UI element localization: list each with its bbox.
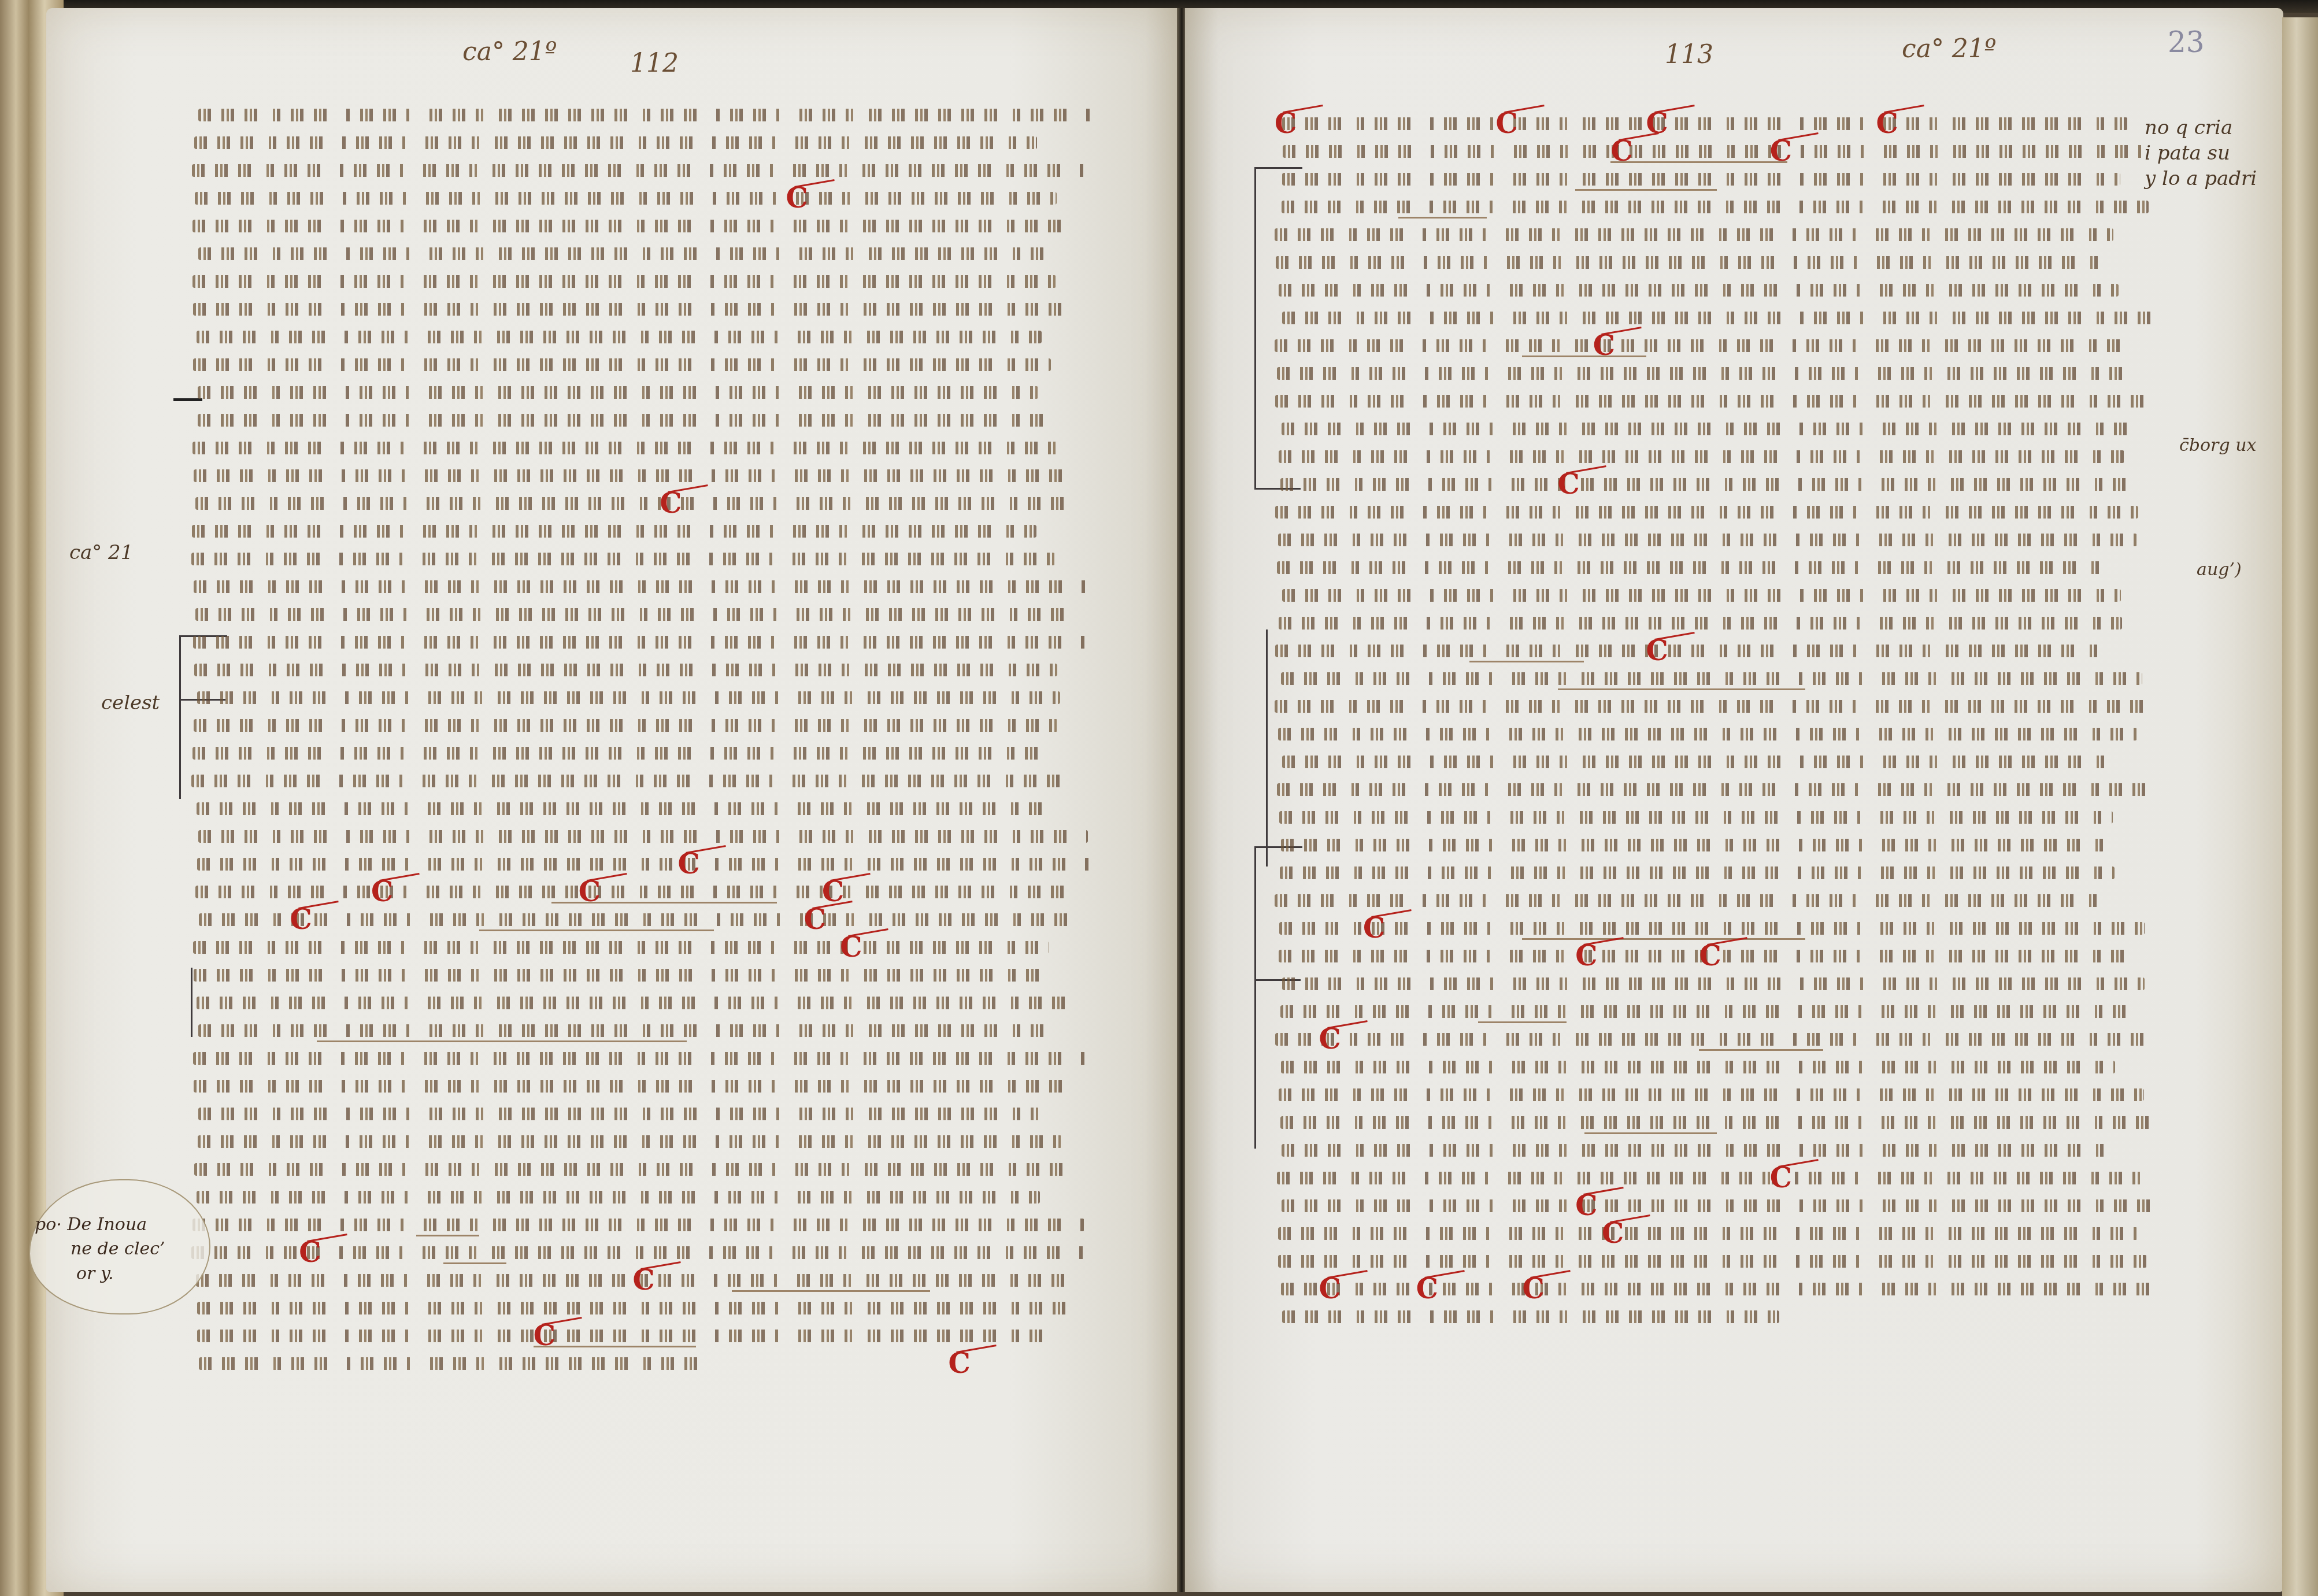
handwritten-text [1279, 922, 2145, 935]
rubric-capitulum-mark: C [1770, 139, 1793, 164]
script-line: C [1275, 1164, 2159, 1191]
handwritten-text [198, 414, 1048, 427]
script-line [191, 156, 1093, 184]
script-line [191, 267, 1093, 295]
handwritten-text [194, 969, 1043, 982]
script-line [1275, 997, 2159, 1025]
margin-note-ciborg: c̄borg ux [2179, 433, 2256, 458]
script-line [191, 517, 1093, 545]
rubric-capitulum-mark: C [660, 491, 683, 516]
handwritten-text [198, 1024, 1050, 1037]
rubric-capitulum-mark: C [677, 852, 701, 876]
handwritten-text [193, 1052, 1092, 1065]
handwritten-text [194, 136, 1038, 149]
script-line [1275, 609, 2159, 636]
script-line [191, 128, 1093, 156]
script-line [1275, 1136, 2159, 1164]
handwritten-text [195, 192, 1057, 205]
handwritten-text [197, 331, 1042, 343]
script-line: CCC [191, 877, 1093, 905]
handwritten-text [193, 636, 1089, 649]
margin-note-no-q-cria: no q cria i pata su y lo a padri [2145, 115, 2278, 191]
script-line [1275, 692, 2159, 720]
handwritten-text [192, 525, 1036, 538]
handwritten-text [198, 386, 1038, 399]
handwritten-text [194, 664, 1057, 676]
script-line [191, 683, 1093, 711]
handwritten-text [1279, 617, 2121, 629]
slip-line-3: or y. [76, 1261, 113, 1287]
margin-note-celest: celest [101, 690, 160, 716]
rubric-capitulum-mark: C [632, 1268, 656, 1293]
script-line [1275, 498, 2159, 525]
handwritten-text [1278, 1255, 2147, 1268]
script-line: C [191, 850, 1093, 877]
handwritten-text [1281, 839, 2105, 851]
script-line: C [191, 933, 1093, 961]
script-line [1275, 192, 2159, 220]
left-folio-number: 112 [630, 49, 679, 78]
handwritten-text [1282, 589, 2121, 602]
script-line [1275, 775, 2159, 803]
handwritten-text [195, 497, 1079, 510]
handwritten-text [1280, 866, 2114, 879]
script-line [191, 961, 1093, 988]
handwritten-text [198, 247, 1045, 260]
left-folio: ca° 21º 112 ca° 21 celest CCCCCCCCCCCCC [46, 8, 1179, 1592]
text-underline [1699, 1049, 1823, 1051]
text-underline [1398, 217, 1487, 219]
handwritten-text [191, 1246, 1091, 1259]
script-line [1275, 858, 2159, 886]
script-line [191, 212, 1093, 239]
script-line [191, 1127, 1093, 1155]
script-line [191, 711, 1093, 739]
text-underline [1610, 161, 1787, 163]
script-line: CCC [1275, 1275, 2159, 1302]
handwritten-text [1275, 894, 2102, 907]
text-underline [1469, 661, 1584, 662]
script-line [1275, 387, 2159, 414]
handwritten-text [192, 164, 1088, 177]
text-underline [732, 1290, 930, 1292]
rubric-capitulum-mark: C [1575, 944, 1598, 968]
handwritten-text [1276, 256, 2106, 269]
script-line [191, 295, 1093, 323]
rubric-capitulum-mark: C [1522, 1277, 1545, 1301]
handwritten-text [192, 275, 1056, 288]
script-line [1275, 1302, 2159, 1330]
script-line [1275, 414, 2159, 442]
slip-line-1: po· De Inoua [35, 1212, 147, 1238]
text-underline [1584, 1132, 1717, 1134]
script-line [1275, 1108, 2159, 1136]
script-line [191, 101, 1093, 128]
script-line [1275, 276, 2159, 303]
handwritten-text [197, 997, 1075, 1009]
rubric-capitulum-mark: C [371, 880, 394, 904]
rubric-capitulum-mark: C [299, 1240, 322, 1265]
script-line: C [1275, 914, 2159, 942]
handwritten-text [198, 830, 1088, 843]
rubric-capitulum-mark: C [1496, 112, 1519, 136]
script-line [1275, 220, 2159, 248]
script-line [1275, 664, 2159, 692]
rubric-capitulum-mark: C [1770, 1166, 1793, 1190]
text-underline [1522, 938, 1805, 940]
rubric-capitulum-mark: C [1319, 1277, 1342, 1301]
handwritten-text [1281, 1283, 2165, 1295]
handwritten-text [193, 358, 1051, 371]
script-line [191, 1294, 1093, 1321]
script-line [1275, 442, 2159, 470]
script-line [1275, 803, 2159, 831]
script-line [191, 1044, 1093, 1072]
handwritten-text [1277, 561, 2104, 574]
script-line [191, 1016, 1093, 1044]
script-line: C [191, 1349, 1093, 1377]
rubric-capitulum-mark: C [1363, 916, 1386, 940]
right-folio-number: 113 [1665, 40, 1713, 69]
text-underline [1558, 688, 1805, 690]
script-line [191, 461, 1093, 489]
handwritten-text [194, 1163, 1067, 1176]
handwritten-text [197, 1330, 1047, 1342]
handwritten-text [1280, 1116, 2163, 1129]
script-line [191, 600, 1093, 628]
script-line: C [1275, 1025, 2159, 1053]
text-underline [443, 1262, 506, 1264]
handwritten-text [199, 913, 1069, 926]
handwritten-text [1282, 117, 2127, 130]
handwritten-text [1279, 450, 2125, 463]
script-line [191, 1210, 1093, 1238]
script-line: C [1275, 470, 2159, 498]
handwritten-text [1282, 423, 2134, 435]
rubric-capitulum-mark: C [822, 880, 845, 904]
margin-note-line: no q cria [2145, 115, 2278, 140]
script-line [1275, 1053, 2159, 1080]
text-underline [479, 930, 714, 931]
script-line: C [191, 489, 1093, 517]
script-line: CC [191, 905, 1093, 933]
script-line [191, 656, 1093, 683]
right-folio: 113 ca° 21º 23 no q cria i pata su y lo … [1185, 8, 2283, 1592]
script-line [191, 406, 1093, 434]
inserted-slip-note: po· De Inoua ne de clec’ or y. [29, 1179, 210, 1314]
handwritten-text [192, 747, 1045, 760]
handwritten-text [1283, 145, 2143, 158]
margin-note-aug: aug’) [2197, 557, 2242, 583]
handwritten-text [1282, 173, 2121, 186]
script-line: CC [1275, 137, 2159, 165]
handwritten-text [192, 442, 1058, 454]
script-line [1275, 248, 2159, 276]
script-line [1275, 553, 2159, 581]
handwritten-text [1282, 1144, 2108, 1157]
script-line [1275, 359, 2159, 387]
handwritten-text [197, 1302, 1074, 1314]
handwritten-text [193, 303, 1063, 316]
handwritten-text [1279, 1088, 2143, 1101]
handwritten-text [197, 1191, 1040, 1204]
rubric-capitulum-mark: C [1646, 639, 1669, 663]
text-underline [1522, 356, 1646, 357]
handwritten-text [197, 691, 1060, 704]
script-line: C [1275, 1219, 2159, 1247]
text-underline [534, 1346, 696, 1347]
script-line [1275, 165, 2159, 192]
script-line: C [1275, 1191, 2159, 1219]
rubric-capitulum-mark: C [840, 935, 863, 960]
pencil-foliation: 23 [2168, 25, 2205, 59]
script-line [191, 766, 1093, 794]
script-line: C [1275, 331, 2159, 359]
right-chapter-header: ca° 21º [1902, 34, 1997, 64]
handwritten-text [1277, 367, 2124, 380]
handwritten-text [1277, 1172, 2141, 1184]
left-text-block: CCCCCCCCCCCCC [191, 101, 1093, 1377]
handwritten-text [1278, 728, 2138, 740]
handwritten-text [194, 719, 1058, 732]
script-line [191, 1072, 1093, 1099]
script-line [1275, 747, 2159, 775]
handwritten-text [199, 1357, 706, 1370]
rubric-capitulum-mark: C [786, 186, 809, 210]
handwritten-text [197, 802, 1049, 815]
left-chapter-header: ca° 21º [462, 37, 557, 66]
handwritten-text [191, 775, 1073, 787]
handwritten-text [194, 469, 1067, 482]
handwritten-text [1275, 1033, 2156, 1046]
handwritten-text [1279, 284, 2119, 297]
handwritten-text [197, 858, 1091, 871]
right-text-block: CCCCCCCCCCCCCCCCCCC [1275, 109, 2159, 1330]
rubric-capitulum-mark: C [1602, 1221, 1625, 1246]
handwritten-text [1277, 783, 2149, 796]
handwritten-text [1275, 339, 2123, 352]
script-line [191, 794, 1093, 822]
script-line: CC [1275, 942, 2159, 969]
handwritten-text [191, 553, 1056, 565]
script-line [1275, 969, 2159, 997]
rubric-capitulum-mark: C [1319, 1027, 1342, 1051]
handwritten-text [198, 1135, 1062, 1148]
handwritten-text [1282, 977, 2144, 990]
margin-note-line: y lo a padri [2145, 166, 2278, 191]
script-line [191, 545, 1093, 572]
script-line: C [191, 1266, 1093, 1294]
handwritten-text [1278, 534, 2136, 546]
handwritten-text [1282, 201, 2149, 213]
slip-line-2: ne de clec’ [71, 1236, 165, 1262]
handwritten-text [1281, 1061, 2115, 1073]
rubric-capitulum-mark: C [290, 908, 313, 932]
script-line: C [191, 184, 1093, 212]
handwritten-text [194, 1080, 1066, 1093]
script-line: C [1275, 636, 2159, 664]
text-underline [1478, 1021, 1567, 1023]
script-line [191, 628, 1093, 656]
handwritten-text [194, 580, 1095, 593]
script-line [191, 739, 1093, 766]
handwritten-text [1280, 1005, 2132, 1018]
script-line: CCCC [1275, 109, 2159, 137]
script-line [191, 1183, 1093, 1210]
script-line [191, 350, 1093, 378]
handwritten-text [1275, 645, 2098, 657]
script-line [191, 434, 1093, 461]
script-line [1275, 581, 2159, 609]
handwritten-text [198, 109, 1093, 121]
rubric-capitulum-mark: C [1610, 139, 1634, 164]
script-line [1275, 303, 2159, 331]
handwritten-text [1282, 1310, 1779, 1323]
handwritten-text [1282, 756, 2111, 768]
script-line [191, 572, 1093, 600]
rubric-capitulum-mark: C [948, 1351, 971, 1376]
rubric-capitulum-mark: C [1275, 112, 1298, 136]
page-edges [2282, 17, 2318, 1596]
handwritten-text [1280, 478, 2132, 491]
rubric-capitulum-mark: C [1699, 944, 1722, 968]
script-line: C [191, 1321, 1093, 1349]
script-line [1275, 1080, 2159, 1108]
handwritten-text [192, 220, 1071, 232]
rubric-capitulum-mark: C [534, 1324, 557, 1348]
text-underline [416, 1235, 479, 1236]
rubric-capitulum-mark: C [1876, 112, 1899, 136]
rubric-capitulum-mark: C [804, 908, 827, 932]
rubric-capitulum-mark: C [1575, 1194, 1598, 1218]
margin-note-ca21: ca° 21 [69, 540, 133, 565]
rubric-capitulum-mark: C [1416, 1277, 1439, 1301]
handwritten-text [195, 886, 1078, 898]
script-line [191, 323, 1093, 350]
handwritten-text [1282, 312, 2160, 324]
text-underline [1575, 189, 1717, 191]
rubric-capitulum-mark: C [1593, 334, 1616, 358]
script-line [191, 1099, 1093, 1127]
handwritten-text [1275, 506, 2138, 519]
script-line: C [191, 1238, 1093, 1266]
script-line [1275, 831, 2159, 858]
script-line [191, 378, 1093, 406]
text-underline [551, 902, 777, 903]
rubric-capitulum-mark: C [1558, 472, 1581, 497]
script-line [191, 1155, 1093, 1183]
handwritten-text [1275, 395, 2150, 408]
rubric-capitulum-mark: C [579, 880, 602, 904]
script-line [191, 822, 1093, 850]
handwritten-text [1282, 1199, 2158, 1212]
handwritten-text [1281, 672, 2143, 685]
script-line [1275, 1247, 2159, 1275]
script-line [1275, 720, 2159, 747]
handwritten-text [1275, 228, 2113, 241]
handwritten-text [1278, 1227, 2138, 1240]
handwritten-text [193, 941, 1049, 954]
text-underline [317, 1040, 687, 1042]
handwritten-text [1275, 700, 2157, 713]
handwritten-text [192, 1219, 1084, 1231]
handwritten-text [1279, 811, 2113, 824]
handwritten-text [195, 608, 1074, 621]
script-line [191, 988, 1093, 1016]
script-line [191, 239, 1093, 267]
margin-note-line: i pata su [2145, 140, 2278, 166]
handwritten-text [198, 1108, 1039, 1120]
script-line [1275, 525, 2159, 553]
